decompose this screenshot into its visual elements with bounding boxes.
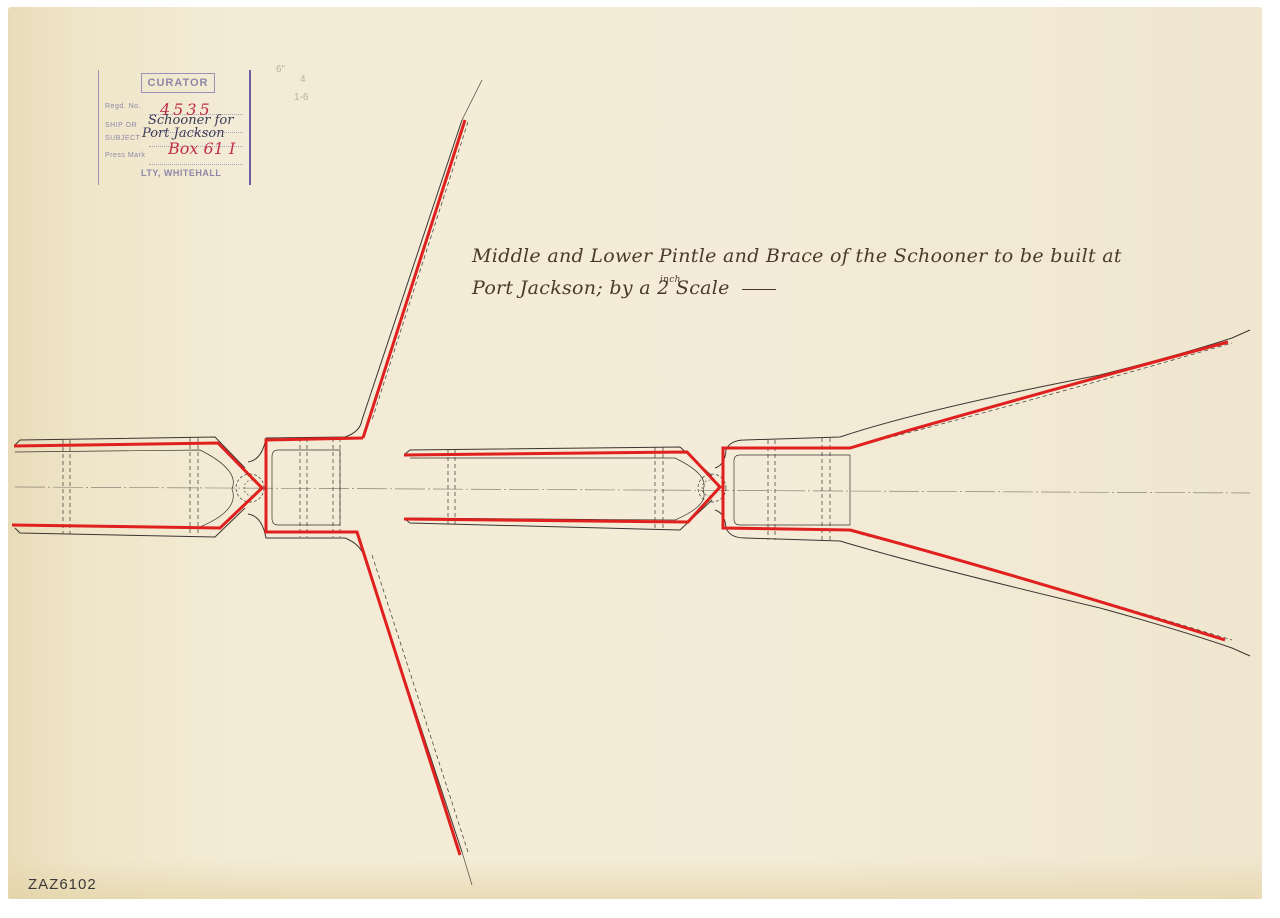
pencil-note: 4 xyxy=(300,74,306,85)
stamp-rule xyxy=(149,164,243,165)
title-flourish xyxy=(742,289,776,290)
title-line-2-text: Port Jackson; by a 2 Scale xyxy=(472,277,730,299)
stamp-label-regd-no: Regd. No. xyxy=(105,103,141,110)
trace-left-top xyxy=(12,443,262,528)
stamp-label-press-mark: Press Mark xyxy=(105,152,145,159)
title-line-2: Port Jackson; by a 2 Scale inch xyxy=(472,272,1232,304)
stamp-label-ship-or: SHIP OR xyxy=(105,122,137,129)
stamp-header: CURATOR xyxy=(141,73,215,93)
trace-left-brace xyxy=(266,438,460,855)
title-line-1: Middle and Lower Pintle and Brace of the… xyxy=(472,240,1232,272)
drawing-title: Middle and Lower Pintle and Brace of the… xyxy=(472,240,1232,304)
stamp-footer: LTY, WHITEHALL xyxy=(141,168,221,178)
trace-middle xyxy=(404,452,720,522)
brace-right xyxy=(715,330,1250,656)
stamp-press-mark: Box 61 I xyxy=(168,139,235,158)
brace-left xyxy=(248,80,482,885)
red-trace-lines xyxy=(12,120,1228,855)
reference-id: ZAZ6102 xyxy=(28,876,97,893)
centerline xyxy=(15,487,1250,493)
pencil-note: 6" xyxy=(276,64,285,75)
pencil-note: 1-6 xyxy=(294,92,308,103)
title-superscript: inch xyxy=(660,264,681,296)
stamp-label-subject: SUBJECT xyxy=(105,135,140,142)
pintle-strap-middle xyxy=(405,447,726,530)
trace-left-arm-up xyxy=(363,120,465,438)
